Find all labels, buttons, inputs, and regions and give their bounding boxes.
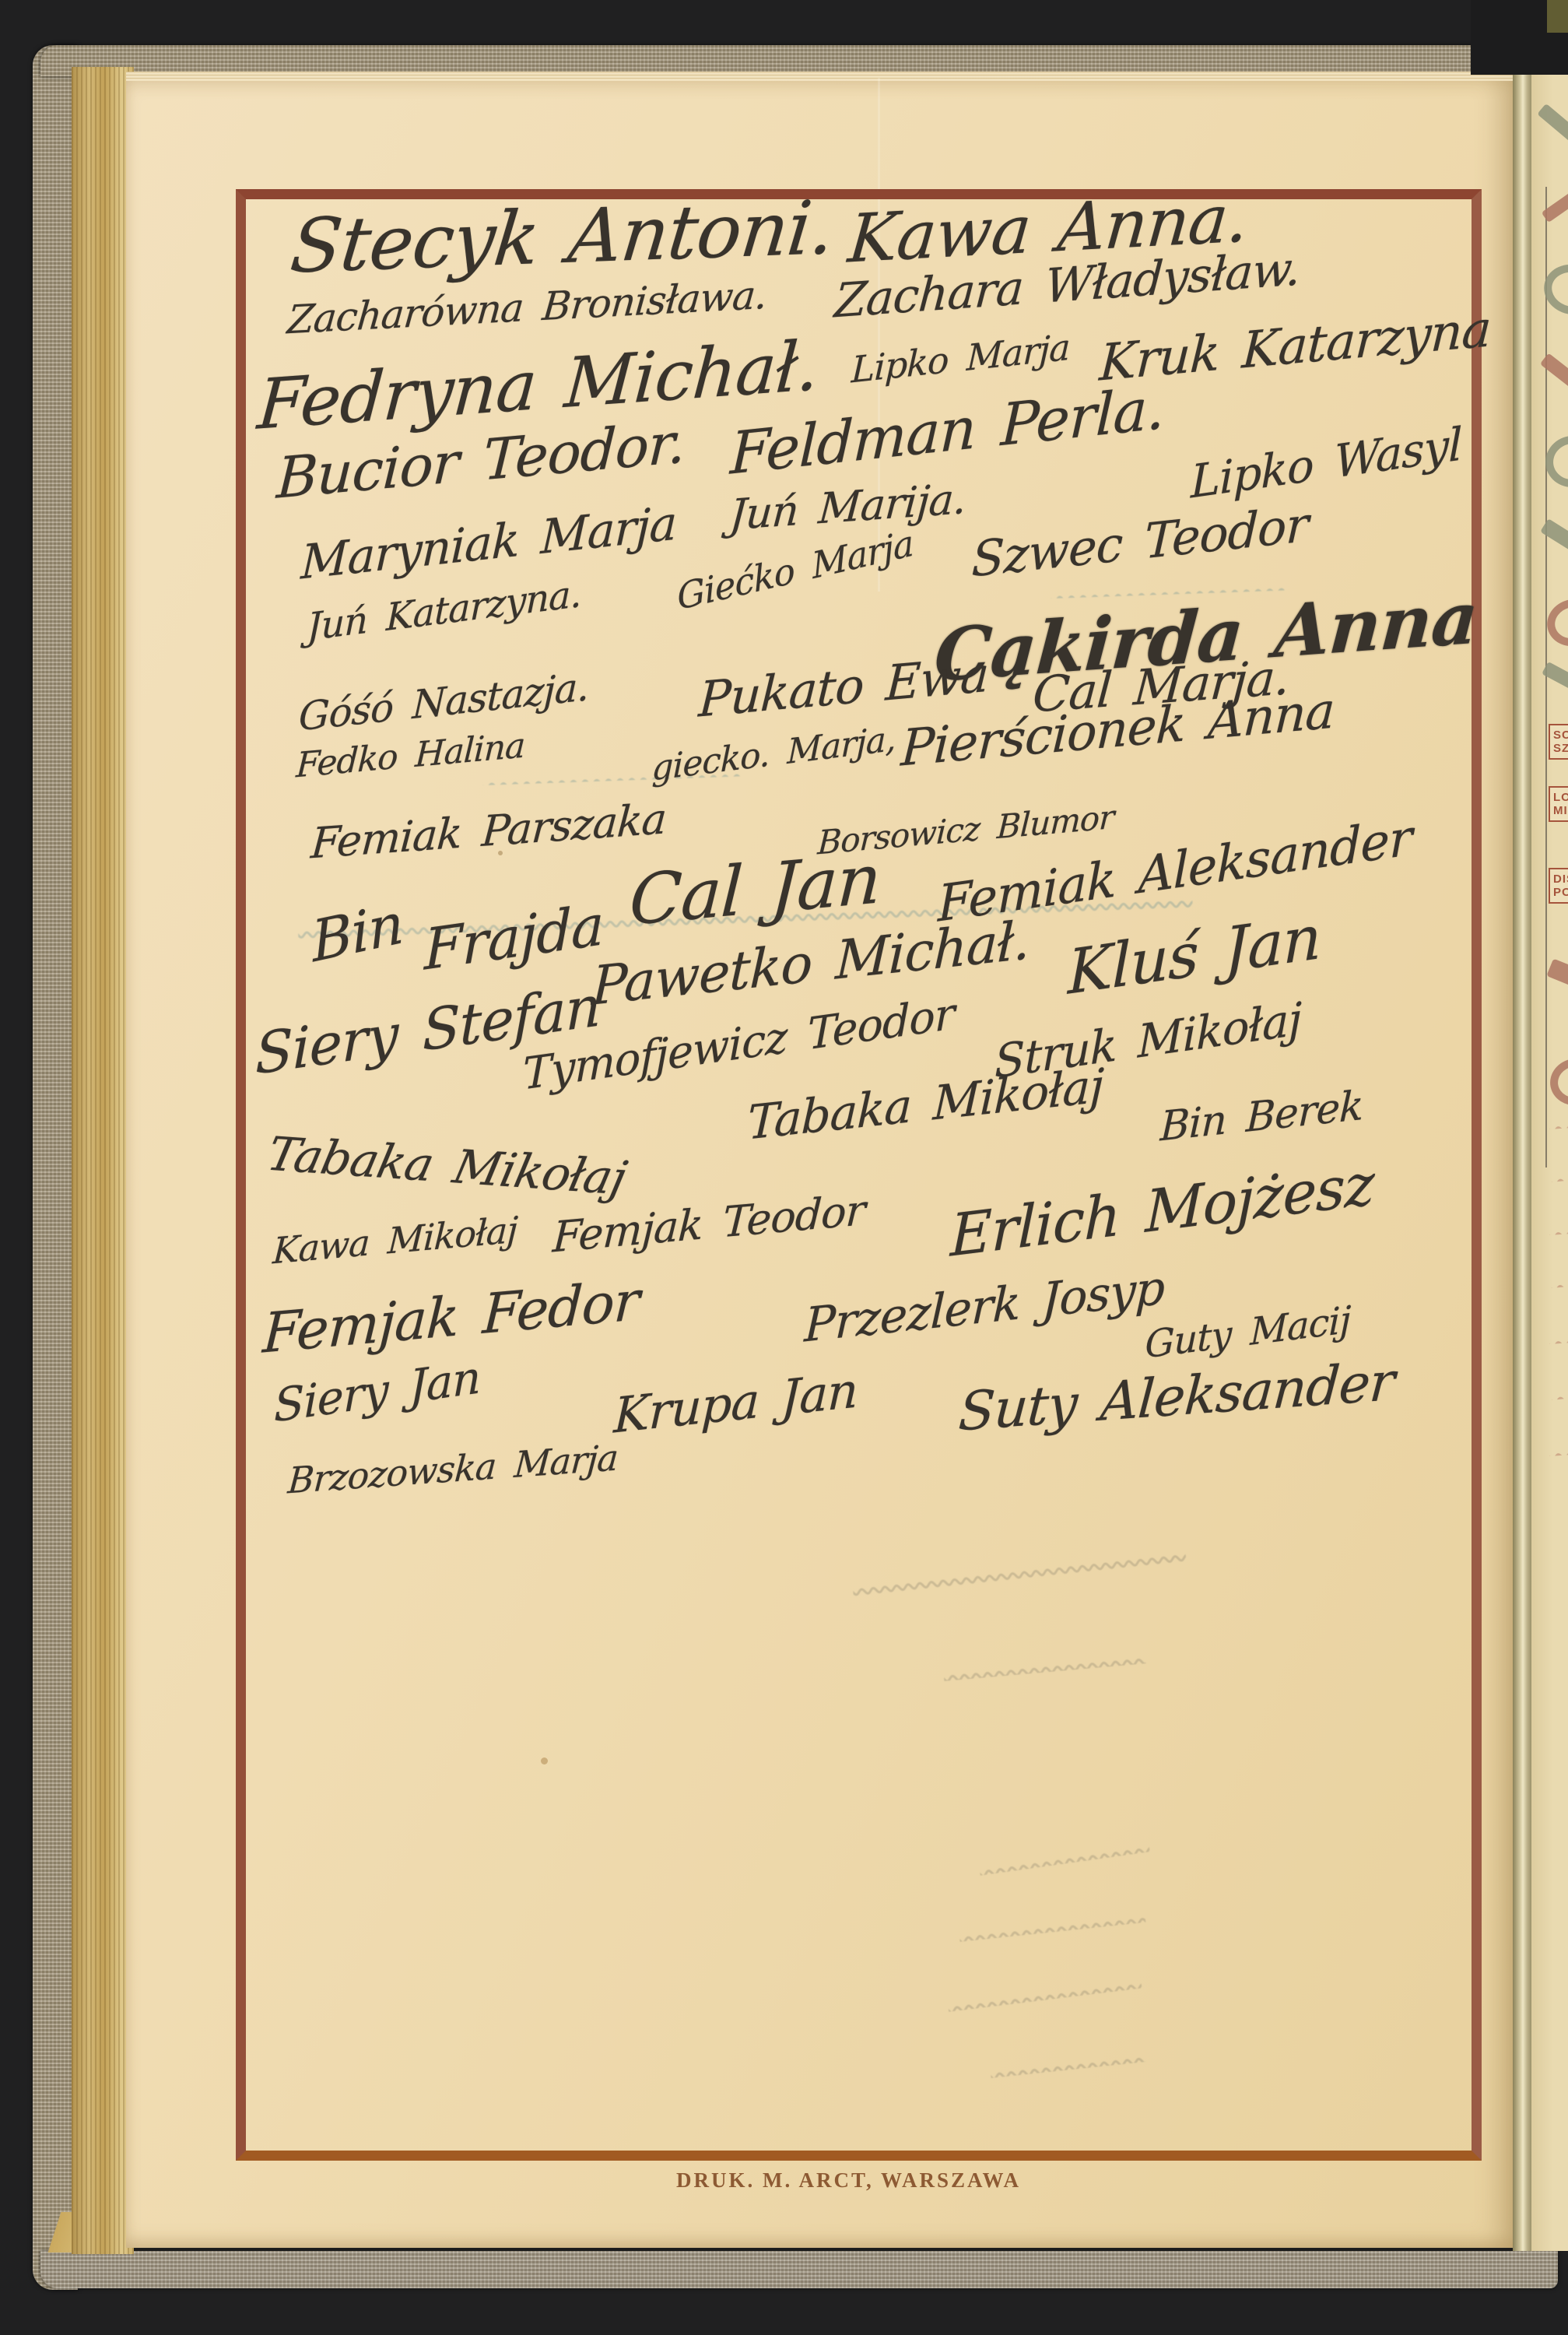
adjacent-page-handwriting-fragment <box>1549 1110 1568 1129</box>
book-gutter-ridge <box>1513 72 1533 2251</box>
gilt-page-edges <box>72 67 134 2254</box>
adjacent-page-handwriting-fragment <box>1550 1268 1568 1288</box>
adjacent-page-sliver <box>1531 70 1568 2251</box>
adjacent-page-label: SCHSZK <box>1549 724 1568 760</box>
paper-stain <box>498 851 503 855</box>
adjacent-page-handwriting-fragment <box>1549 1216 1568 1235</box>
adjacent-page-label: LOCMIE <box>1549 786 1568 822</box>
adjacent-page-frame-line <box>1545 187 1547 1167</box>
top-right-corner-fragment <box>1547 0 1568 33</box>
book-scan: Stecyk Antoni.Kawa Anna.Zacharówna Broni… <box>0 0 1568 2335</box>
printer-credit: DRUK. M. ARCT, WARSZAWA <box>236 2168 1461 2193</box>
adjacent-page-handwriting-fragment <box>1549 1325 1568 1344</box>
paper-stain <box>541 1757 548 1764</box>
book-cover-cloth-bottom-edge <box>40 2251 1558 2288</box>
adjacent-page-handwriting-fragment <box>1549 1437 1568 1456</box>
page-top-sheet-edges <box>126 72 1516 81</box>
adjacent-page-label: DISTPOW <box>1549 868 1568 904</box>
